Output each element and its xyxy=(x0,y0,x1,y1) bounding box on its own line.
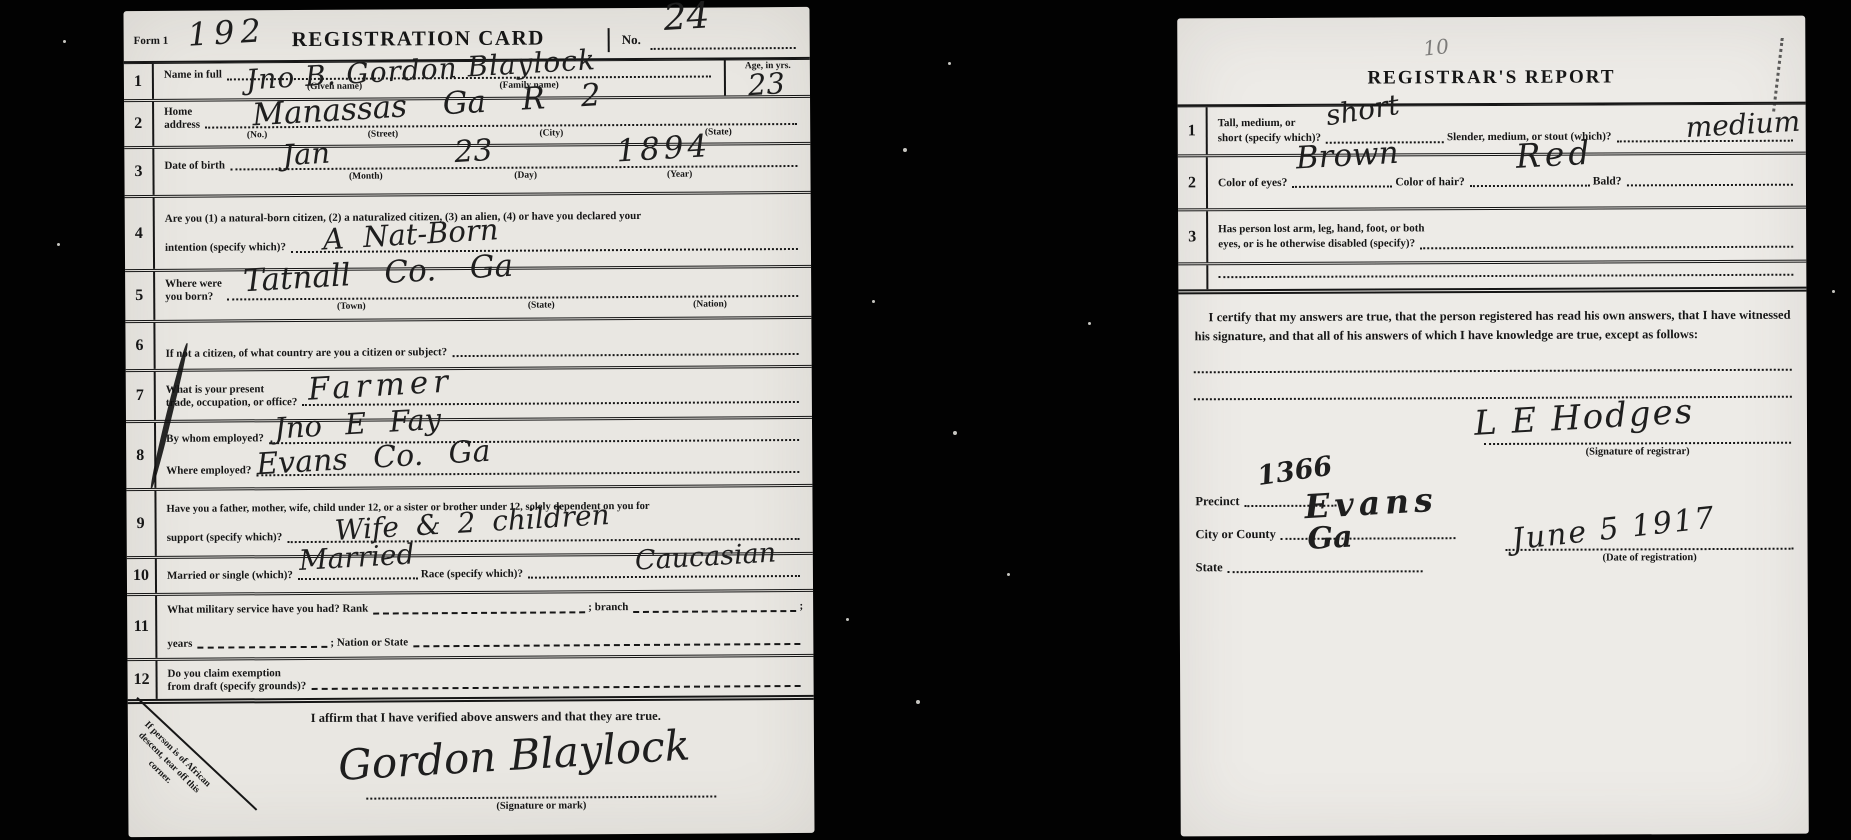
row-number: 5 xyxy=(125,272,155,320)
year-caption: (Year) xyxy=(667,170,692,180)
city-caption: (City) xyxy=(539,129,563,139)
faint-number-handwriting: 10 xyxy=(1422,36,1449,59)
dust-speck xyxy=(846,618,849,621)
row-where-born: 5 Where were you born? (Town) (State) (N… xyxy=(125,268,811,323)
precinct-label: Precinct xyxy=(1195,494,1239,509)
married-answer-handwriting: Married xyxy=(298,540,415,575)
state-handwriting: Ga xyxy=(1307,522,1354,555)
no-label: No. xyxy=(622,32,641,48)
report-title: REGISTRAR'S REPORT xyxy=(1177,66,1805,91)
dust-speck xyxy=(872,300,875,303)
certification-text: I certify that my answers are true, that… xyxy=(1178,292,1806,346)
row-number: 10 xyxy=(127,559,157,593)
stamped-serial-handwriting: 192 xyxy=(187,14,268,51)
dust-speck xyxy=(57,243,60,246)
registration-card: Form 1 192 REGISTRATION CARD No. 24 1 Na… xyxy=(123,7,814,837)
dust-speck xyxy=(1832,290,1835,293)
no-value-handwriting: 24 xyxy=(663,0,711,37)
dotted-line xyxy=(1218,273,1793,278)
military-rank-label: What military service have you had? Rank xyxy=(167,602,368,617)
row-trade: 7 What is your present trade, occupation… xyxy=(126,368,812,423)
date-of-registration-block: June 5 1917 (Date of registration) xyxy=(1505,515,1793,563)
race-label: Race (specify which)? xyxy=(421,567,523,581)
eyes-label: Color of eyes? xyxy=(1218,176,1287,191)
age-answer-handwriting: 23 xyxy=(747,69,786,100)
registrant-signature-handwriting: Gordon Blaylock xyxy=(337,724,691,787)
city-county-label: City or County xyxy=(1195,526,1275,541)
row-number: 1 xyxy=(124,64,154,99)
row-number-empty xyxy=(1178,265,1208,289)
row-number: 4 xyxy=(125,198,155,269)
dotted-line xyxy=(1627,184,1793,187)
row-not-citizen: 6 If not a citizen, of what country are … xyxy=(125,319,811,372)
hair-answer-handwriting: Red xyxy=(1515,136,1594,173)
row-date-of-birth: 3 Date of birth (Month) (Day) (Year) Jan… xyxy=(124,145,810,198)
military-branch-label: ; branch xyxy=(588,601,628,615)
town-caption: (Town) xyxy=(337,302,366,312)
state-label: State xyxy=(1196,560,1223,575)
registrar-signature-caption: (Signature of registrar) xyxy=(1484,445,1791,457)
dashed-line xyxy=(633,610,796,613)
signature-area: Gordon Blaylock (Signature or mark) xyxy=(128,723,815,835)
row-extra-dotted xyxy=(1178,263,1806,290)
dashed-line xyxy=(413,643,800,647)
trade-answer-handwriting: Farmer xyxy=(307,366,454,405)
where-born-label: Where were you born? xyxy=(165,277,222,303)
dust-speck xyxy=(63,40,66,43)
military-nation-label: ; Nation or State xyxy=(330,636,408,650)
dotted-line xyxy=(1228,570,1423,573)
semicolon: ; xyxy=(799,600,803,614)
exception-dotted-line-2 xyxy=(1194,370,1792,400)
no-dotted-line xyxy=(651,47,796,50)
row-number: 2 xyxy=(124,102,154,146)
city-county-handwriting: Evans xyxy=(1304,482,1439,523)
dotted-line xyxy=(1470,185,1590,188)
dob-day-handwriting: 23 xyxy=(454,136,494,168)
row-disabled: 3 Has person lost arm, leg, hand, foot, … xyxy=(1178,209,1806,266)
row-number: 2 xyxy=(1178,157,1208,208)
race-answer-handwriting: Caucasian xyxy=(634,539,777,574)
dust-speck xyxy=(916,700,920,704)
row-married-race: 10 Married or single (which)? Race (spec… xyxy=(127,555,813,596)
exception-dotted-line-1 xyxy=(1194,343,1792,373)
age-cell: Age, in yrs. 23 xyxy=(724,60,810,96)
row-number: 6 xyxy=(125,323,155,369)
dotted-line xyxy=(452,353,798,357)
row-employer: 8 By whom employed? Where employed? Jno … xyxy=(126,419,812,491)
dob-month-handwriting: Jan xyxy=(282,139,331,171)
state-caption: (State) xyxy=(528,301,555,311)
row-number: 11 xyxy=(127,596,157,658)
by-whom-employed-label: By whom employed? xyxy=(166,433,264,447)
citizenship-question-line2: intention (specify which)? xyxy=(165,241,286,255)
row-eyes-hair: 2 Color of eyes? Color of hair? Bald? Br… xyxy=(1178,155,1806,212)
row-number: 1 xyxy=(1178,107,1208,154)
eyes-answer-handwriting: Brown xyxy=(1295,138,1399,175)
dotted-line xyxy=(298,578,418,581)
married-label: Married or single (which)? xyxy=(167,569,293,584)
dust-speck xyxy=(948,62,951,65)
dust-speck xyxy=(1088,322,1091,325)
registration-rows: 1 Name in full (Given name) (Family name… xyxy=(124,60,814,699)
home-address-label: Home address xyxy=(164,105,200,130)
day-caption: (Day) xyxy=(514,171,537,181)
not-citizen-question: If not a citizen, of what country are yo… xyxy=(166,346,448,361)
nation-caption: (Nation) xyxy=(693,300,727,310)
military-years-label: years xyxy=(167,637,192,651)
registrar-signature-handwriting: L E Hodges xyxy=(1473,394,1695,440)
row-build: 1 Tall, medium, or short (specify which)… xyxy=(1178,105,1806,158)
dotted-line xyxy=(1292,186,1392,188)
dependents-question-line2: support (specify which)? xyxy=(167,531,283,545)
scanned-document: Form 1 192 REGISTRATION CARD No. 24 1 Na… xyxy=(0,0,1851,840)
name-label: Name in full xyxy=(164,69,222,83)
street-caption: (Street) xyxy=(368,130,398,140)
exemption-label: Do you claim exemption from draft (speci… xyxy=(167,667,306,693)
dob-year-handwriting: 1894 xyxy=(616,131,713,167)
disabled-question-line2: eyes, or is he otherwise disabled (speci… xyxy=(1218,237,1415,252)
dotted-line xyxy=(528,575,800,579)
form-number-label: Form 1 xyxy=(134,35,169,47)
dust-speck xyxy=(953,431,957,435)
row-military-service: 11 What military service have you had? R… xyxy=(127,592,813,661)
dashed-line xyxy=(311,685,800,690)
dob-label: Date of birth xyxy=(164,159,225,173)
month-caption: (Month) xyxy=(349,172,383,182)
header-divider xyxy=(608,28,610,52)
row-number: 3 xyxy=(124,149,154,195)
registrar-signature-line xyxy=(1484,441,1791,444)
signature-caption: (Signature or mark) xyxy=(366,799,716,812)
dashed-line xyxy=(373,611,585,614)
where-employed-label: Where employed? xyxy=(166,464,251,478)
report-rows: 1 Tall, medium, or short (specify which)… xyxy=(1178,105,1807,290)
report-bottom-fields: Precinct 1366 City or County Evans State… xyxy=(1179,473,1808,616)
row-number: 7 xyxy=(126,372,156,420)
dust-speck xyxy=(1007,573,1010,576)
dust-speck xyxy=(903,148,907,152)
row-number: 3 xyxy=(1178,211,1208,262)
stout-answer-handwriting: medium xyxy=(1685,108,1801,142)
hair-label: Color of hair? xyxy=(1395,175,1464,190)
row-number: 9 xyxy=(126,491,156,556)
registrars-report-card: 10 REGISTRAR'S REPORT 1 Tall, medium, or… xyxy=(1177,16,1809,837)
row-number: 12 xyxy=(127,661,157,699)
dotted-line xyxy=(1420,246,1793,250)
trade-label: What is your present trade, occupation, … xyxy=(166,383,298,409)
dashed-line xyxy=(197,646,327,649)
report-header: 10 REGISTRAR'S REPORT xyxy=(1177,16,1805,105)
bald-label: Bald? xyxy=(1593,174,1622,189)
row-exemption: 12 Do you claim exemption from draft (sp… xyxy=(127,657,813,699)
